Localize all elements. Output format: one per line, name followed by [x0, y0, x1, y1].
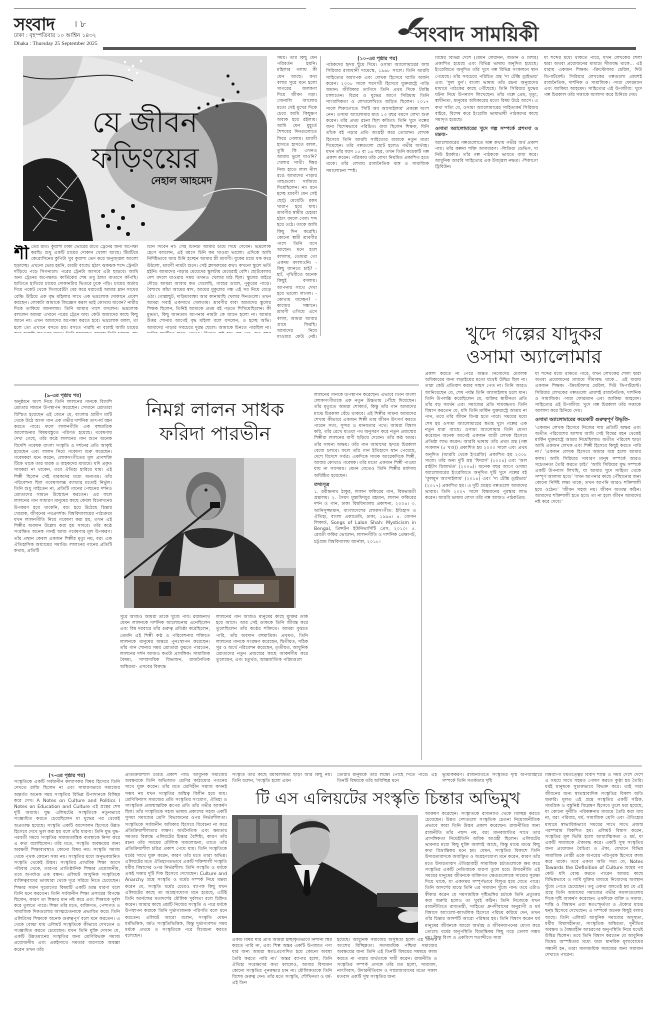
column-text: একটি বিষয় যার প্রতি আমরা ইচ্ছাকৃতভাবে ন… — [232, 938, 332, 986]
column-text: ভূমিকিকরণ। রাজনীতিতে সংস্কৃতির দৃষ্টি অপ… — [442, 773, 542, 784]
column-text: হয়েছে। আধুনিক সমাজের অসুস্থতা হলো এই তি… — [337, 938, 437, 980]
headline-line-1: খুদে গল্পের যাদুকর — [420, 323, 648, 346]
eliot-column-4: হয়েছে। আধুনিক সমাজের অসুস্থতা হলো এই তি… — [337, 938, 437, 1013]
column-text: সুরে আজও আমরা তাকে খুঁজে পাব। রবীন্দ্রনা… — [120, 615, 210, 670]
alomar-column-4: প্রকাশ করতে না পেরে অন্তত নিজেদের মৌলিক … — [425, 372, 527, 757]
continuation-label: (১০-এর পৃষ্ঠার পর) — [326, 56, 429, 62]
references-title: তথ্যসূত্র — [314, 482, 416, 488]
lead-story-illustration: যে জীবন ফড়িংয়ের নেহাল আহমেদ — [23, 56, 267, 241]
top-rule-right — [330, 8, 636, 9]
continuation-label: (৯-এর পৃষ্ঠার পর) — [14, 393, 112, 399]
column-text: লালনের গান আজও মানুষের কাছে মুক্তির ডাক … — [216, 615, 308, 663]
eliot-column-3-top: সংস্কৃতি তাঁর কাছে ধর্মাবলম্বিতা ছাড়া আ… — [232, 773, 332, 787]
column-text: লালনের গানকে উপস্থাপন করেছেন। এভাবে তিনি… — [314, 393, 416, 479]
eliot-column-2: প্রতিক্রিয়াশীল চরিত্র প্রকাশ পায়। আধুন… — [125, 773, 227, 1013]
column-text: অ্যালোমারের গল্পগুলোতে অল্প কথায় গভীর অ… — [435, 141, 538, 171]
column-text: যা শব্দের মধ্যে থাকতে পারে, যখন লেখকের শ… — [544, 56, 642, 98]
lead-story-column-1: শীতের রাত। কুয়াশা ঢাকা ভোরের রাতে ট্রেন… — [14, 245, 138, 333]
title-line-1: যে জীবন — [23, 104, 267, 140]
column-text: সময়। তার কিছু যেন পরিবর্তন হয়নি। মহিলা… — [277, 56, 317, 338]
masthead-rule — [103, 47, 636, 50]
column-text: বিশ্বের বিভিন্ন দেশে (যেমন লেবানন, জর্ডা… — [435, 56, 538, 123]
column-text: সংস্কৃতি তাঁর কাছে ধর্মাবলম্বিতা ছাড়া আ… — [232, 773, 332, 784]
eliot-column-3: একটি বিষয় যার প্রতি আমরা ইচ্ছাকৃতভাবে ন… — [232, 938, 332, 1013]
eliot-column-4-top: তৈরিটি মানুষকে তার লক্ষ্যে পৌঁছে দিতে পা… — [337, 773, 437, 787]
quotes-text: 'একজন লেখক হিসেবে নিজের দায় প্রতিটি অক্… — [535, 426, 641, 505]
lalon-column-3: লালনের গানকে উপস্থাপন করেছেন। এভাবে তিনি… — [314, 393, 416, 759]
column-text: তের রাত। কুয়াশা ঢাকা ভোরের রাতে ট্রেনের… — [14, 245, 138, 333]
section-divider — [14, 765, 642, 767]
top-rule — [14, 8, 306, 9]
page-number: । ৮ — [74, 17, 86, 32]
date-english: Dhaka : Thursday 25 September 2025 — [14, 41, 97, 47]
column-text: আকর্ষণ করেছেন। সংস্কৃতিকে রাজনীতি থেকে ব… — [425, 812, 540, 941]
alomar-column-1: (১০-এর পৃষ্ঠার পর) পাঠকদের হৃদয় ছুঁয়ে … — [326, 56, 429, 346]
lead-story-title: যে জীবন ফড়িংয়ের — [23, 104, 267, 176]
column-text: অনুষ্ঠানে অংশ নিয়ে তিনি লালনের গানকে বি… — [14, 400, 112, 554]
column-text: সংস্কৃতিকে একটি সর্বজনীন কল্যাণকর বিষয় … — [14, 780, 120, 952]
column-divider — [320, 56, 321, 336]
subhead-quotes: ওসামা অ্যালোমারের কয়েকটি গুরুত্বপূর্ণ উ… — [535, 417, 641, 423]
alomar-headline[interactable]: খুদে গল্পের যাদুকর ওসামা অ্যালোমার — [420, 323, 648, 369]
column-text: তৈরিটি মানুষকে তার লক্ষ্যে পৌঁছে দিতে পা… — [337, 773, 437, 784]
lalon-column-2a: সুরে আজও আমরা তাকে খুঁজে পাব। রবীন্দ্রনা… — [120, 615, 210, 695]
headline-line-1: নিমগ্ন লালন সাধক — [110, 398, 320, 422]
eliot-column-1: (৭-এর পৃষ্ঠার পর) সংস্কৃতিকে একটি সর্বজন… — [14, 773, 120, 1013]
date-bengali: ঢাকা : বৃহস্পতিবার ১০ আশ্বিন ১৪৩২ — [14, 33, 96, 41]
eliot-column-5: আকর্ষণ করেছেন। সংস্কৃতিকে রাজনীতি থেকে ব… — [425, 812, 540, 1012]
column-text: প্রতিক্রিয়াশীল চরিত্র প্রকাশ পায়। আধুন… — [125, 773, 227, 939]
lalon-column-1: (৯-এর পৃষ্ঠার পর) অনুষ্ঠানে অংশ নিয়ে তি… — [14, 393, 112, 759]
headline-line-2: ওসামা অ্যালোমার — [420, 346, 648, 369]
headline-line-2: ফরিদা পারভীন — [110, 422, 320, 446]
singer-harmonium-image-icon — [124, 458, 296, 608]
eliot-headline[interactable]: টি এস এলিয়টের সংস্কৃতি চিন্তার অভিমুখ — [232, 788, 544, 810]
column-text: যা শব্দের মধ্যে থাকতে পারে, যখন লেখকের শ… — [535, 372, 641, 414]
continuation-label: (৭-এর পৃষ্ঠার পর) — [14, 773, 120, 779]
eliot-column-5-top: ভূমিকিকরণ। রাজনীতিতে সংস্কৃতির দৃষ্টি অপ… — [442, 773, 542, 787]
supplement-title: সংবাদ সাময়িকী — [415, 20, 539, 53]
lalon-column-2b: লালনের গান আজও মানুষের কাছে মুক্তির ডাক … — [216, 615, 308, 695]
column-text: বিশ্বব্যাপী ধর্মতত্ত্বের বিবাদ শান্তি ও … — [545, 773, 643, 958]
eliot-portrait-image-icon — [232, 815, 418, 933]
section-divider — [14, 384, 419, 386]
column-text: সময়ের মধ্যে শেষ হয় ওসামা অ্যালোমারের স… — [425, 415, 527, 501]
column-divider — [421, 390, 422, 760]
alomar-column-5: যা শব্দের মধ্যে থাকতে পারে, যখন লেখকের শ… — [535, 372, 641, 757]
alomar-column-2: বিশ্বের বিভিন্ন দেশে (যেমন লেবানন, জর্ডা… — [435, 56, 538, 346]
lalon-headline[interactable]: নিমগ্ন লালন সাধক ফরিদা পারভীন — [110, 398, 320, 446]
eliot-photo — [232, 815, 418, 933]
alomar-column-3: যা শব্দের মধ্যে থাকতে পারে, যখন লেখকের শ… — [544, 56, 642, 346]
references-text: ১. রবীন্দ্রনাথ ঠাকুর, লালন ফকিরের গান, ব… — [314, 490, 416, 545]
drop-cap: শী — [14, 246, 29, 262]
lead-story-column-3: সময়। তার কিছু যেন পরিবর্তন হয়নি। মহিলা… — [277, 56, 317, 338]
column-text: পাঠকদের হৃদয় ছুঁয়ে দিয়ে। ওসামা অ্যালো… — [326, 63, 429, 173]
lead-story-author: নেহাল আহমেদ — [151, 174, 212, 191]
lead-story-column-2: চিনি দিবেন না। সেই চিনিটা আমার চায়ে দিয… — [147, 245, 271, 333]
column-text: প্রকাশ করতে না পেরে অন্তত নিজেদের মৌলিক … — [425, 372, 527, 420]
eliot-column-6: বিশ্বব্যাপী ধর্মতত্ত্বের বিবাদ শান্তি ও … — [545, 773, 643, 1013]
title-line-2: ফড়িংয়ের — [23, 140, 267, 176]
column-text: চিনি দিবেন না। সেই চিনিটা আমার চায়ে দিয… — [147, 245, 271, 333]
subhead: ওসামা অ্যালোমারের খুদে গল্প সম্পর্কে প্র… — [435, 126, 538, 138]
singer-photo — [124, 458, 296, 608]
